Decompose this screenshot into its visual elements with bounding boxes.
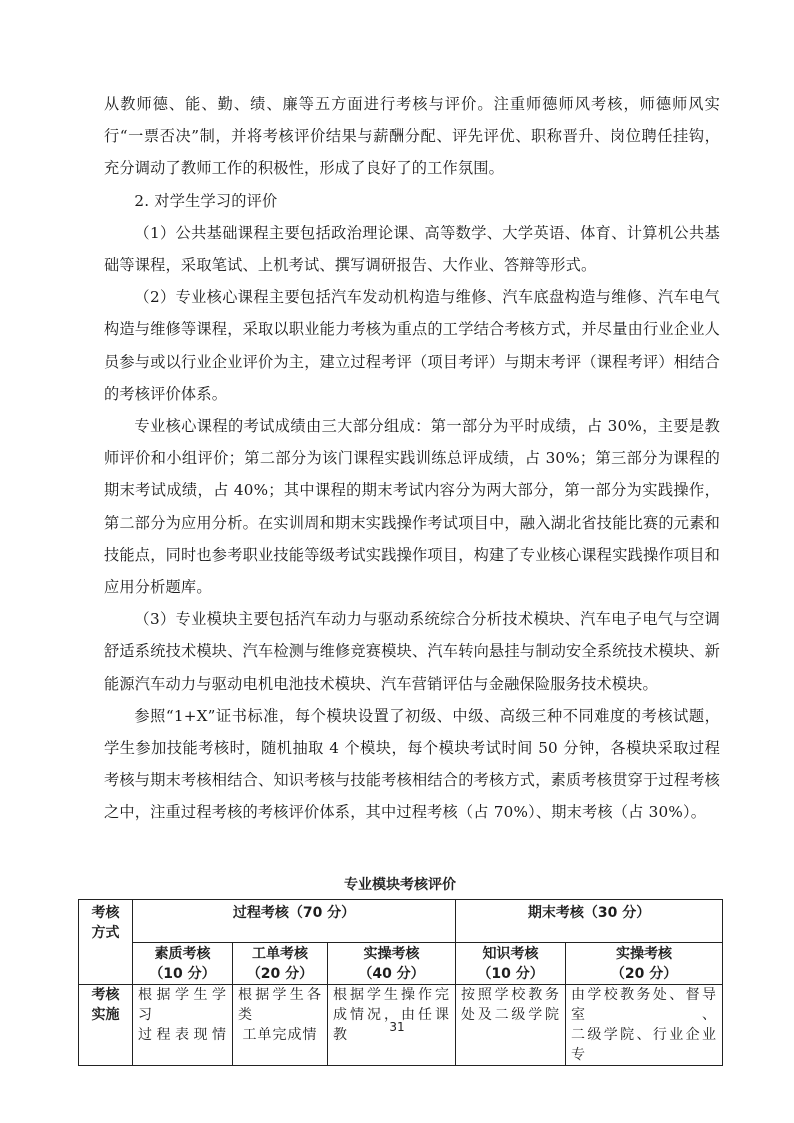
column-header-quality: 素质考核 （10 分） [133,943,233,985]
column-score: （40 分） [331,964,452,984]
column-header-knowledge: 知识考核 （10 分） [456,943,566,985]
section-heading-student-evaluation: 2. 对学生学习的评价 [104,185,720,217]
column-name: 实操考核 [331,944,452,964]
row-header-impl-line1: 考核 [82,985,129,1005]
column-score: （10 分） [459,964,562,984]
cell-line: 根据学生各类 [238,985,322,1025]
column-score: （10 分） [136,964,229,984]
body-text: 从教师德、能、勤、绩、廉等五方面进行考核与评价。注重师德师风考核，师德师风实行“… [104,88,720,829]
module-evaluation-table: 考核 方式 过程考核（70 分） 期末考核（30 分） 素质考核 （10 分） … [78,899,723,1066]
paragraph-core-courses: （2）专业核心课程主要包括汽车发动机构造与维修、汽车底盘构造与维修、汽车电气构造… [104,281,720,410]
cell-line: 按照学校教务 [461,985,560,1005]
row-header-method-line2: 方式 [82,923,129,943]
page-number: 31 [0,1020,794,1034]
paragraph-public-courses: （1）公共基础课程主要包括政治理论课、高等数学、大学英语、体育、计算机公共基础等… [104,217,720,281]
cell-line: 由学校教务处、督导室、 [571,985,717,1025]
paragraph-core-course-scores: 专业核心课程的考试成绩由三大部分组成：第一部分为平时成绩，占 30%，主要是教师… [104,410,720,603]
table-caption: 专业模块考核评价 [78,874,722,894]
column-name: 实操考核 [569,944,719,964]
table-group-header-row: 考核 方式 过程考核（70 分） 期末考核（30 分） [79,900,723,943]
paragraph-specialty-modules: （3）专业模块主要包括汽车动力与驱动系统综合分析技术模块、汽车电子电气与空调舒适… [104,603,720,700]
column-header-practical-final: 实操考核 （20 分） [566,943,723,985]
group-header-final: 期末考核（30 分） [456,900,723,943]
document-page: 从教师德、能、勤、绩、廉等五方面进行考核与评价。注重师德师风考核，师德师风实行“… [0,0,794,1123]
row-header-method-line1: 考核 [82,903,129,923]
column-score: （20 分） [569,964,719,984]
cell-line: 根据学生学习 [138,985,227,1025]
paragraph-1x-certificate: 参照“1+X”证书标准，每个模块设置了初级、中级、高级三种不同难度的考核试题，学… [104,700,720,829]
column-name: 素质考核 [136,944,229,964]
column-header-worksheet: 工单考核 （20 分） [233,943,328,985]
column-score: （20 分） [236,964,324,984]
column-name: 知识考核 [459,944,562,964]
column-header-practical-process: 实操考核 （40 分） [328,943,456,985]
paragraph-teacher-evaluation: 从教师德、能、勤、绩、廉等五方面进行考核与评价。注重师德师风考核，师德师风实行“… [104,88,720,185]
column-name: 工单考核 [236,944,324,964]
row-header-method: 考核 方式 [79,900,133,985]
cell-line: 根据学生操作完 [333,985,450,1005]
group-header-process: 过程考核（70 分） [133,900,456,943]
table-column-header-row: 素质考核 （10 分） 工单考核 （20 分） 实操考核 （40 分） 知识考核… [79,943,723,985]
